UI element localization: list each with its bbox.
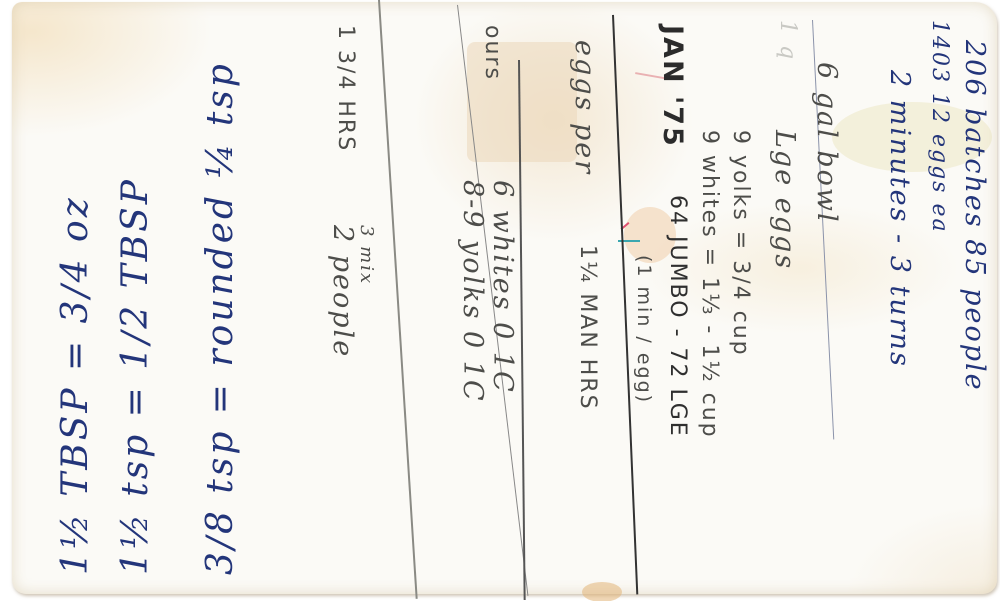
- note-line: 2 people: [327, 225, 358, 358]
- conversion-line: 3/8 tsp = rounded ¼ tsp: [200, 61, 241, 575]
- date-line: JAN '75: [657, 25, 688, 148]
- note-line: 206 batches 85 people: [959, 40, 990, 392]
- note-line: 3 mix: [356, 225, 377, 285]
- note-line: 8-9 yolks 0 1C: [457, 180, 488, 403]
- note-line: 9 whites = 1⅓ - 1½ cup: [697, 130, 722, 439]
- note-line: 1403 12 eggs ea: [927, 20, 952, 234]
- conversion-line: 1½ tsp = 1/2 TBSP: [115, 177, 156, 575]
- note-line: 64 JUMBO - 72 LGE: [665, 195, 690, 438]
- note-line: 6 gal bowl: [811, 62, 842, 224]
- note-line: 2 minutes - 3 turns: [884, 70, 915, 368]
- note-line: Lge eggs: [769, 130, 800, 270]
- note-line: ours: [480, 25, 505, 81]
- conversion-line: 1½ TBSP = 3/4 oz: [55, 195, 96, 575]
- note-line: 6 whites 0 1C: [487, 180, 518, 394]
- note-line: 1 q: [775, 20, 800, 61]
- note-line: eggs per: [569, 40, 600, 175]
- note-line: 1¼ MAN HRS: [575, 245, 600, 411]
- note-line: 1 3/4 HRS: [333, 25, 358, 152]
- note-line: 9 yolks = 3/4 cup: [728, 130, 753, 357]
- paper-stain: [582, 582, 622, 601]
- note-line: (1 min / egg): [633, 255, 655, 404]
